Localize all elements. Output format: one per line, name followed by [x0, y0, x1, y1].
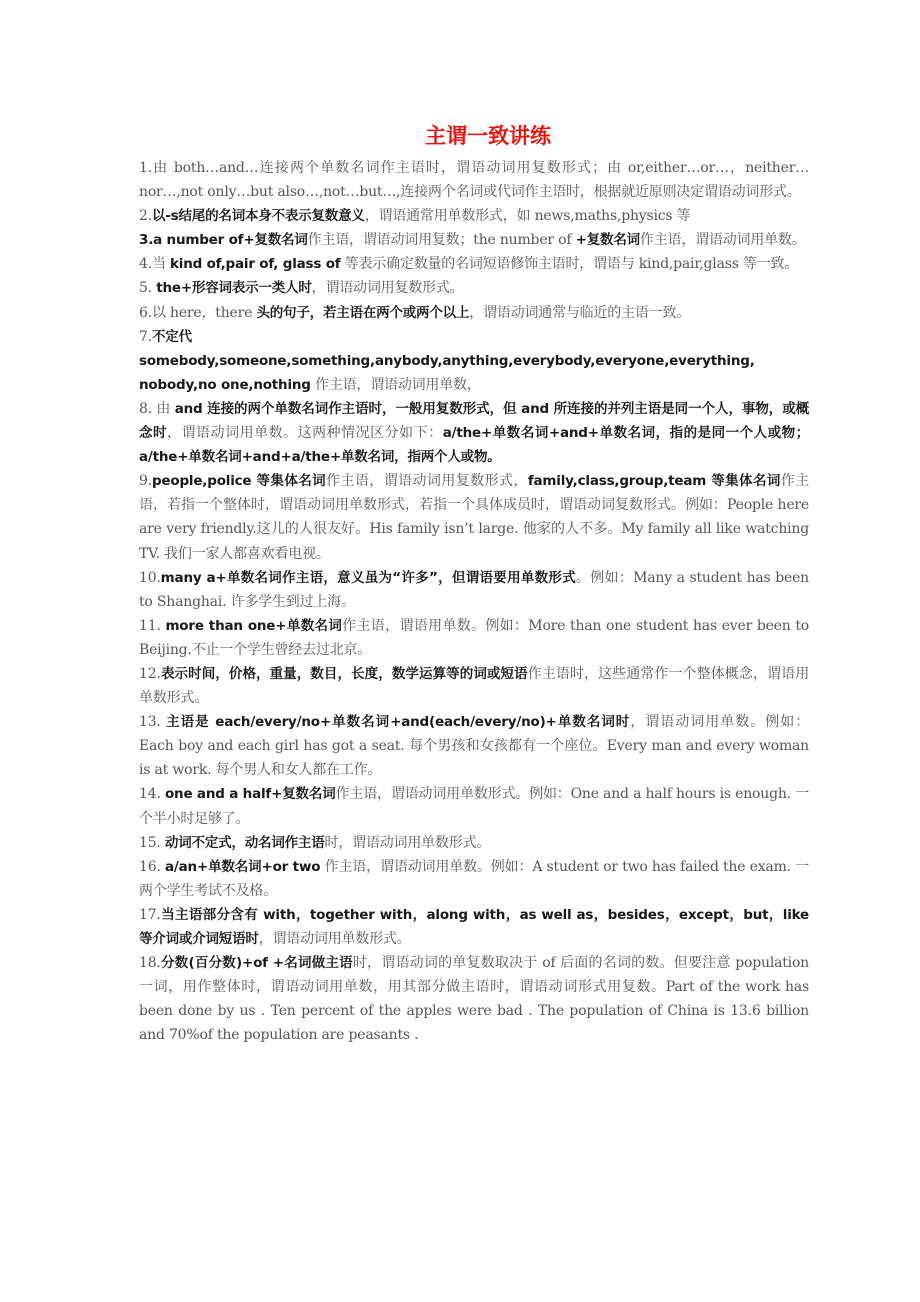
rule-paragraph-16: 15. 动词不定式，动名词作主语时，谓语动词用单数形式。: [139, 831, 809, 855]
body-text: 17.: [139, 907, 161, 923]
rule-paragraph-11: 10.many a+单数名词作主语，意义虽为“许多”，但谓语要用单数形式。例如：…: [139, 566, 809, 614]
emphasized-text: 表示时间，价格，重量，数目，长度，数学运算等的词或短语: [161, 666, 528, 682]
emphasized-text: +复数名词: [576, 232, 640, 248]
rule-paragraph-1: 1.由 both…and…连接两个单数名词作主语时，谓语动词用复数形式；由 or…: [139, 156, 809, 204]
body-text: 7.: [139, 329, 152, 345]
body-text: 9.: [139, 473, 152, 489]
body-text: ，谓语动词用单数形式。: [259, 931, 411, 947]
rule-paragraph-5: 5. the+形容词表示一类人时，谓语动词用复数形式。: [139, 276, 809, 300]
emphasized-text: 当主语部分含有 with，together with，along with，as…: [139, 907, 809, 947]
body-text: 等表示确定数量的名词短语修饰主语时，谓语与 kind,pair,glass 等一…: [340, 256, 798, 272]
rule-paragraph-15: 14. one and a half+复数名词作主语，谓语动词用单数形式。例如：…: [139, 782, 809, 830]
rule-paragraph-4: 4.当 kind of,pair of, glass of 等表示确定数量的名词…: [139, 252, 809, 276]
body-text: 时，谓语动词用单数形式。: [325, 835, 491, 851]
rule-paragraph-10: 9.people,police 等集体名词作主语，谓语动词用复数形式，famil…: [139, 469, 809, 565]
body-text: 作主语，谓语动词用复数形式，: [326, 473, 528, 489]
body-text: ，谓语通常用单数形式，如 news,maths,physics 等: [365, 208, 691, 224]
body-text: 4.当: [139, 256, 170, 272]
body-text: 16.: [139, 859, 165, 875]
body-text: 10.: [139, 570, 161, 586]
emphasized-text: a/an+单数名词+or two: [165, 859, 320, 875]
emphasized-text: many a+单数名词作主语，意义虽为“许多”，但谓语要用单数形式: [161, 570, 576, 586]
emphasized-text: the+形容词表示一类人时: [156, 280, 311, 296]
body-text: 2.: [139, 208, 152, 224]
body-text: 12.: [139, 666, 161, 682]
body-text: 作主语，谓语动词用单数。: [640, 232, 806, 248]
body-text: 15.: [139, 835, 165, 851]
emphasized-text: more than one+单数名词: [165, 618, 342, 634]
rule-paragraph-9: 8. 由 and 连接的两个单数名词作主语时，一般用复数形式，但 and 所连接…: [139, 397, 809, 469]
emphasized-text: people,police 等集体名词: [152, 473, 326, 489]
rule-paragraph-8: somebody,someone,something,anybody,anyth…: [139, 349, 809, 397]
rules-list: 1.由 both…and…连接两个单数名词作主语时，谓语动词用复数形式；由 or…: [139, 156, 809, 1047]
rule-paragraph-3: 3.a number of+复数名词作主语，谓语动词用复数；the number…: [139, 228, 809, 252]
rule-paragraph-2: 2.以-s结尾的名词本身不表示复数意义，谓语通常用单数形式，如 news,mat…: [139, 204, 809, 228]
emphasized-text: one and a half+复数名词: [165, 786, 336, 802]
emphasized-text: 主语是 each/every/no+单数名词+and(each/every/no…: [166, 714, 630, 730]
body-text: 1.由 both…and…连接两个单数名词作主语时，谓语动词用复数形式；由 or…: [139, 160, 809, 200]
body-text: 14.: [139, 786, 165, 802]
emphasized-text: family,class,group,team 等集体名词: [528, 473, 781, 489]
body-text: 作主语，谓语动词用复数；the number of: [308, 232, 576, 248]
rule-paragraph-19: 18.分数(百分数)+of +名词做主语时，谓语动词的单复数取决于 of 后面的…: [139, 951, 809, 1047]
rule-paragraph-6: 6.以 here，there 头的句子，若主语在两个或两个以上，谓语动词通常与临…: [139, 301, 809, 325]
document-title: 主谓一致讲练: [139, 120, 809, 152]
emphasized-text: 以-s结尾的名词本身不表示复数意义: [152, 208, 365, 224]
emphasized-text: 动词不定式，动名词作主语: [165, 835, 325, 851]
body-text: ，谓语动词用单数。这两种情况区分如下：: [167, 425, 443, 441]
rule-paragraph-18: 17.当主语部分含有 with，together with，along with…: [139, 903, 809, 951]
emphasized-text: kind of,pair of, glass of: [170, 256, 340, 272]
emphasized-text: 分数(百分数)+of +名词做主语: [161, 955, 353, 971]
rule-paragraph-17: 16. a/an+单数名词+or two 作主语，谓语动词用单数。例如：A st…: [139, 855, 809, 903]
body-text: ，谓语动词用复数形式。: [312, 280, 464, 296]
body-text: 13.: [139, 714, 166, 730]
body-text: 6.以 here，there: [139, 305, 256, 321]
emphasized-text: 头的句子，若主语在两个或两个以上: [256, 305, 469, 321]
rule-paragraph-14: 13. 主语是 each/every/no+单数名词+and(each/ever…: [139, 710, 809, 782]
body-text: 5.: [139, 280, 156, 296]
body-text: 8. 由: [139, 401, 175, 417]
rule-paragraph-13: 12.表示时间，价格，重量，数目，长度，数学运算等的词或短语作主语时，这些通常作…: [139, 662, 809, 710]
body-text: 作主语，谓语动词用单数，: [311, 377, 481, 393]
body-text: ，谓语动词通常与临近的主语一致。: [469, 305, 690, 321]
rule-paragraph-7: 7.不定代: [139, 325, 809, 349]
rule-paragraph-12: 11. more than one+单数名词作主语，谓语用单数。例如：More …: [139, 614, 809, 662]
body-text: 18.: [139, 955, 161, 971]
body-text: 11.: [139, 618, 165, 634]
document-page: 主谓一致讲练 1.由 both…and…连接两个单数名词作主语时，谓语动词用复数…: [139, 120, 809, 1047]
emphasized-text: 3.a number of+复数名词: [139, 232, 308, 248]
emphasized-text: 不定代: [152, 329, 192, 345]
